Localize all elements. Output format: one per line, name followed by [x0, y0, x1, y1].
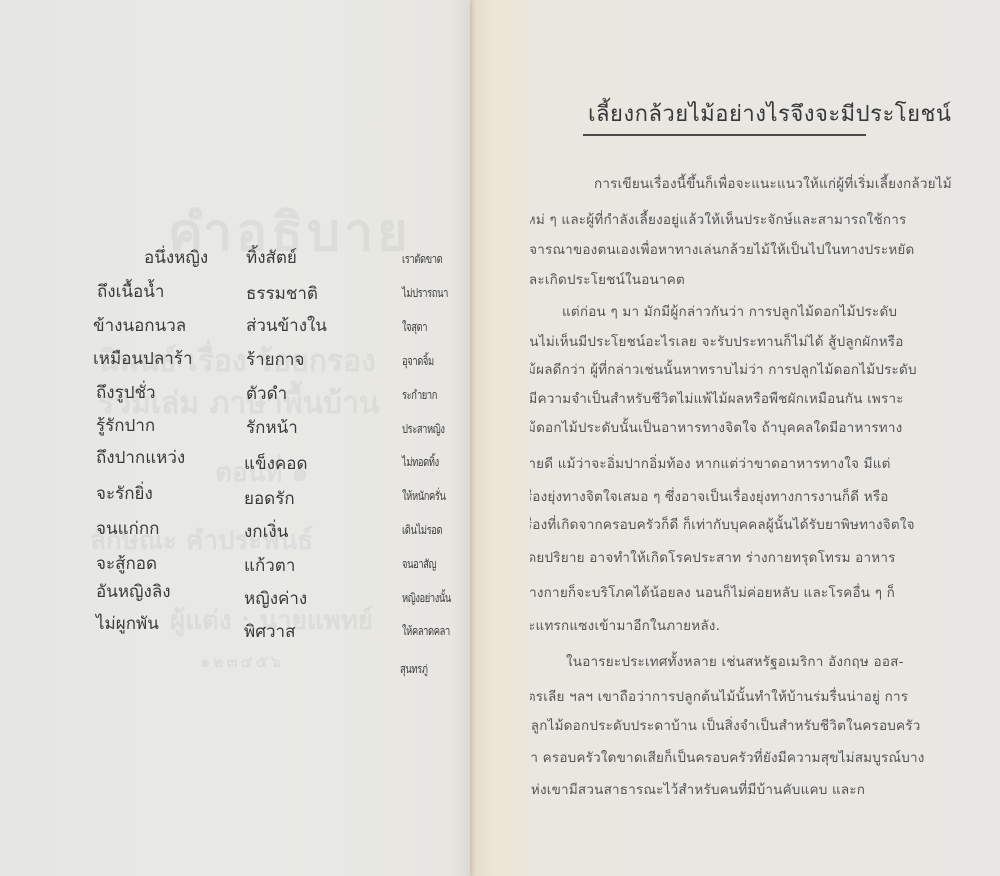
poem-line: รู้รักปาก [96, 412, 155, 439]
show-through-line: ๑๒๓๔๕๖ [200, 650, 284, 675]
poem-line: เราตัดขาด [402, 250, 442, 269]
poem-line: ไม่ผูกพัน [96, 610, 159, 637]
book-gutter [470, 0, 530, 876]
title-underline [583, 134, 866, 136]
poem-author: สุนทรภู่ [400, 660, 428, 679]
poem-line: ทิ้งสัตย์ [246, 244, 297, 271]
poem-line: ธรรมชาติ [246, 280, 318, 307]
left-page: คำอธิบาย นิพนธ์ เรื่อง ร้อยกรอง รวมเล่ม … [0, 0, 470, 876]
chapter-title: เลี้ยงกล้วยไม้อย่างไรจึงจะมีประโยชน์ [588, 96, 951, 131]
body-line: ใหม่ ๆ และผู้ที่กำลังเลี้ยงอยู่แล้วให้เห… [520, 208, 906, 230]
poem-line: แข็งคอด [244, 450, 308, 477]
body-line: ก็มีความจำเป็นสำหรับชีวิตไม่แพ้ไม้ผลหรือ… [520, 387, 904, 409]
poem-line: ใจสุดา [402, 318, 427, 337]
poem-line: อนึ่งหญิง [144, 244, 208, 271]
poem-line: ตัวดำ [246, 380, 287, 407]
poem-line: จนแก่กก [96, 515, 159, 542]
poem-line: เหมือนปลาร้า [93, 345, 193, 372]
poem-line: อันหญิงลิง [96, 578, 171, 605]
body-line: ไม้ดอกไม้ประดับนั้นเป็นอาหารทางจิตใจ ถ้า… [520, 416, 902, 438]
body-line: แต่ก่อน ๆ มา มักมีผู้กล่าวกันว่า การปลูก… [562, 300, 897, 322]
right-page [470, 0, 1000, 876]
poem-line: จะรักยิ่ง [96, 480, 153, 507]
poem-line: ส่วนข้างใน [246, 312, 327, 339]
poem-line: ถึงเนื้อน้ำ [97, 278, 164, 305]
poem-line: ระกำยาก [402, 386, 437, 405]
body-line: จะแทรกแซงเข้ามาอีกในภายหลัง. [520, 614, 720, 636]
poem-line: จนอาสัญ [402, 555, 436, 574]
poem-line: ยอดรัก [244, 485, 295, 512]
poem-line: ประสาหญิง [402, 420, 445, 439]
body-line: แห่งเขามีสวนสาธารณะไว้สำหรับคนที่มีบ้านค… [522, 778, 865, 800]
body-line: ไม้ผลดีกว่า ผู้ที่กล่าวเช่นนั้นหาทราบไม่… [520, 358, 917, 380]
body-line: และเกิดประโยชน์ในอนาคต [520, 268, 685, 290]
body-line: ถ้า ครอบครัวใดขาดเสียก็เป็นครอบครัวที่ยั… [522, 746, 925, 768]
body-line: กายดี แม้ว่าจะอิ่มปากอิ่มท้อง หากแต่ว่าข… [520, 452, 891, 474]
body-line: การเขียนเรื่องนี้ขึ้นก็เพื่อจะแนะแนวให้แ… [594, 172, 952, 194]
body-line: เรื่องยุ่งทางจิตใจเสมอ ๆ ซึ่งอาจเป็นเรื่… [520, 485, 889, 507]
poem-line: งกเงิ่น [244, 518, 288, 545]
body-line: ทางกายก็จะบริโภคได้น้อยลง นอนก็ไม่ค่อยหล… [520, 581, 895, 603]
poem-line: อุจาดจิ้ม [402, 352, 434, 371]
poem-line: พิศวาส [244, 618, 295, 645]
poem-line: ไม่ทอดทิ้ง [402, 453, 439, 472]
poem-line: ถึงปากแหว่ง [96, 444, 185, 471]
body-line: พิจารณาของตนเองเพื่อหาทางเล่นกล้วยไม้ให้… [520, 238, 915, 260]
body-line: เตรเลีย ฯลฯ เขาถือว่าการปลูกต้นไม้นั้นทำ… [522, 685, 908, 707]
body-line: นั้นไม่เห็นมีประโยชน์อะไรเลย จะรับประทาน… [520, 330, 904, 352]
poem-line: ข้างนอกนวล [93, 312, 186, 339]
poem-line: ให้คลาดคลา [402, 622, 450, 641]
poem-line: ร้ายกาจ [246, 346, 304, 373]
poem-line: ให้หนักครั่น [402, 487, 446, 506]
poem-line: ไม่ปรารถนา [402, 284, 448, 303]
poem-line: หญิงอย่างนั้น [402, 589, 451, 608]
poem-line: หญิงค่าง [244, 585, 307, 612]
body-line: เรื่องที่เกิดจากครอบครัวก็ดี ก็เท่ากับบุ… [520, 513, 915, 535]
body-line: ในอารยะประเทศทั้งหลาย เช่นสหรัฐอเมริกา อ… [566, 650, 904, 672]
poem-line: จะสู้กอด [96, 550, 157, 577]
poem-line: ถึงรูปชั่ว [96, 379, 156, 406]
body-line: ปลูกไม้ดอกประดับประดาบ้าน เป็นสิ่งจำเป็น… [522, 714, 921, 736]
poem-line: แก้วตา [244, 552, 295, 579]
poem-line: รักหน้า [246, 414, 298, 441]
poem-line: เดินไม่รอด [402, 521, 442, 540]
body-line: โดยปริยาย อาจทำให้เกิดโรคประสาท ร่างกายท… [520, 546, 896, 568]
